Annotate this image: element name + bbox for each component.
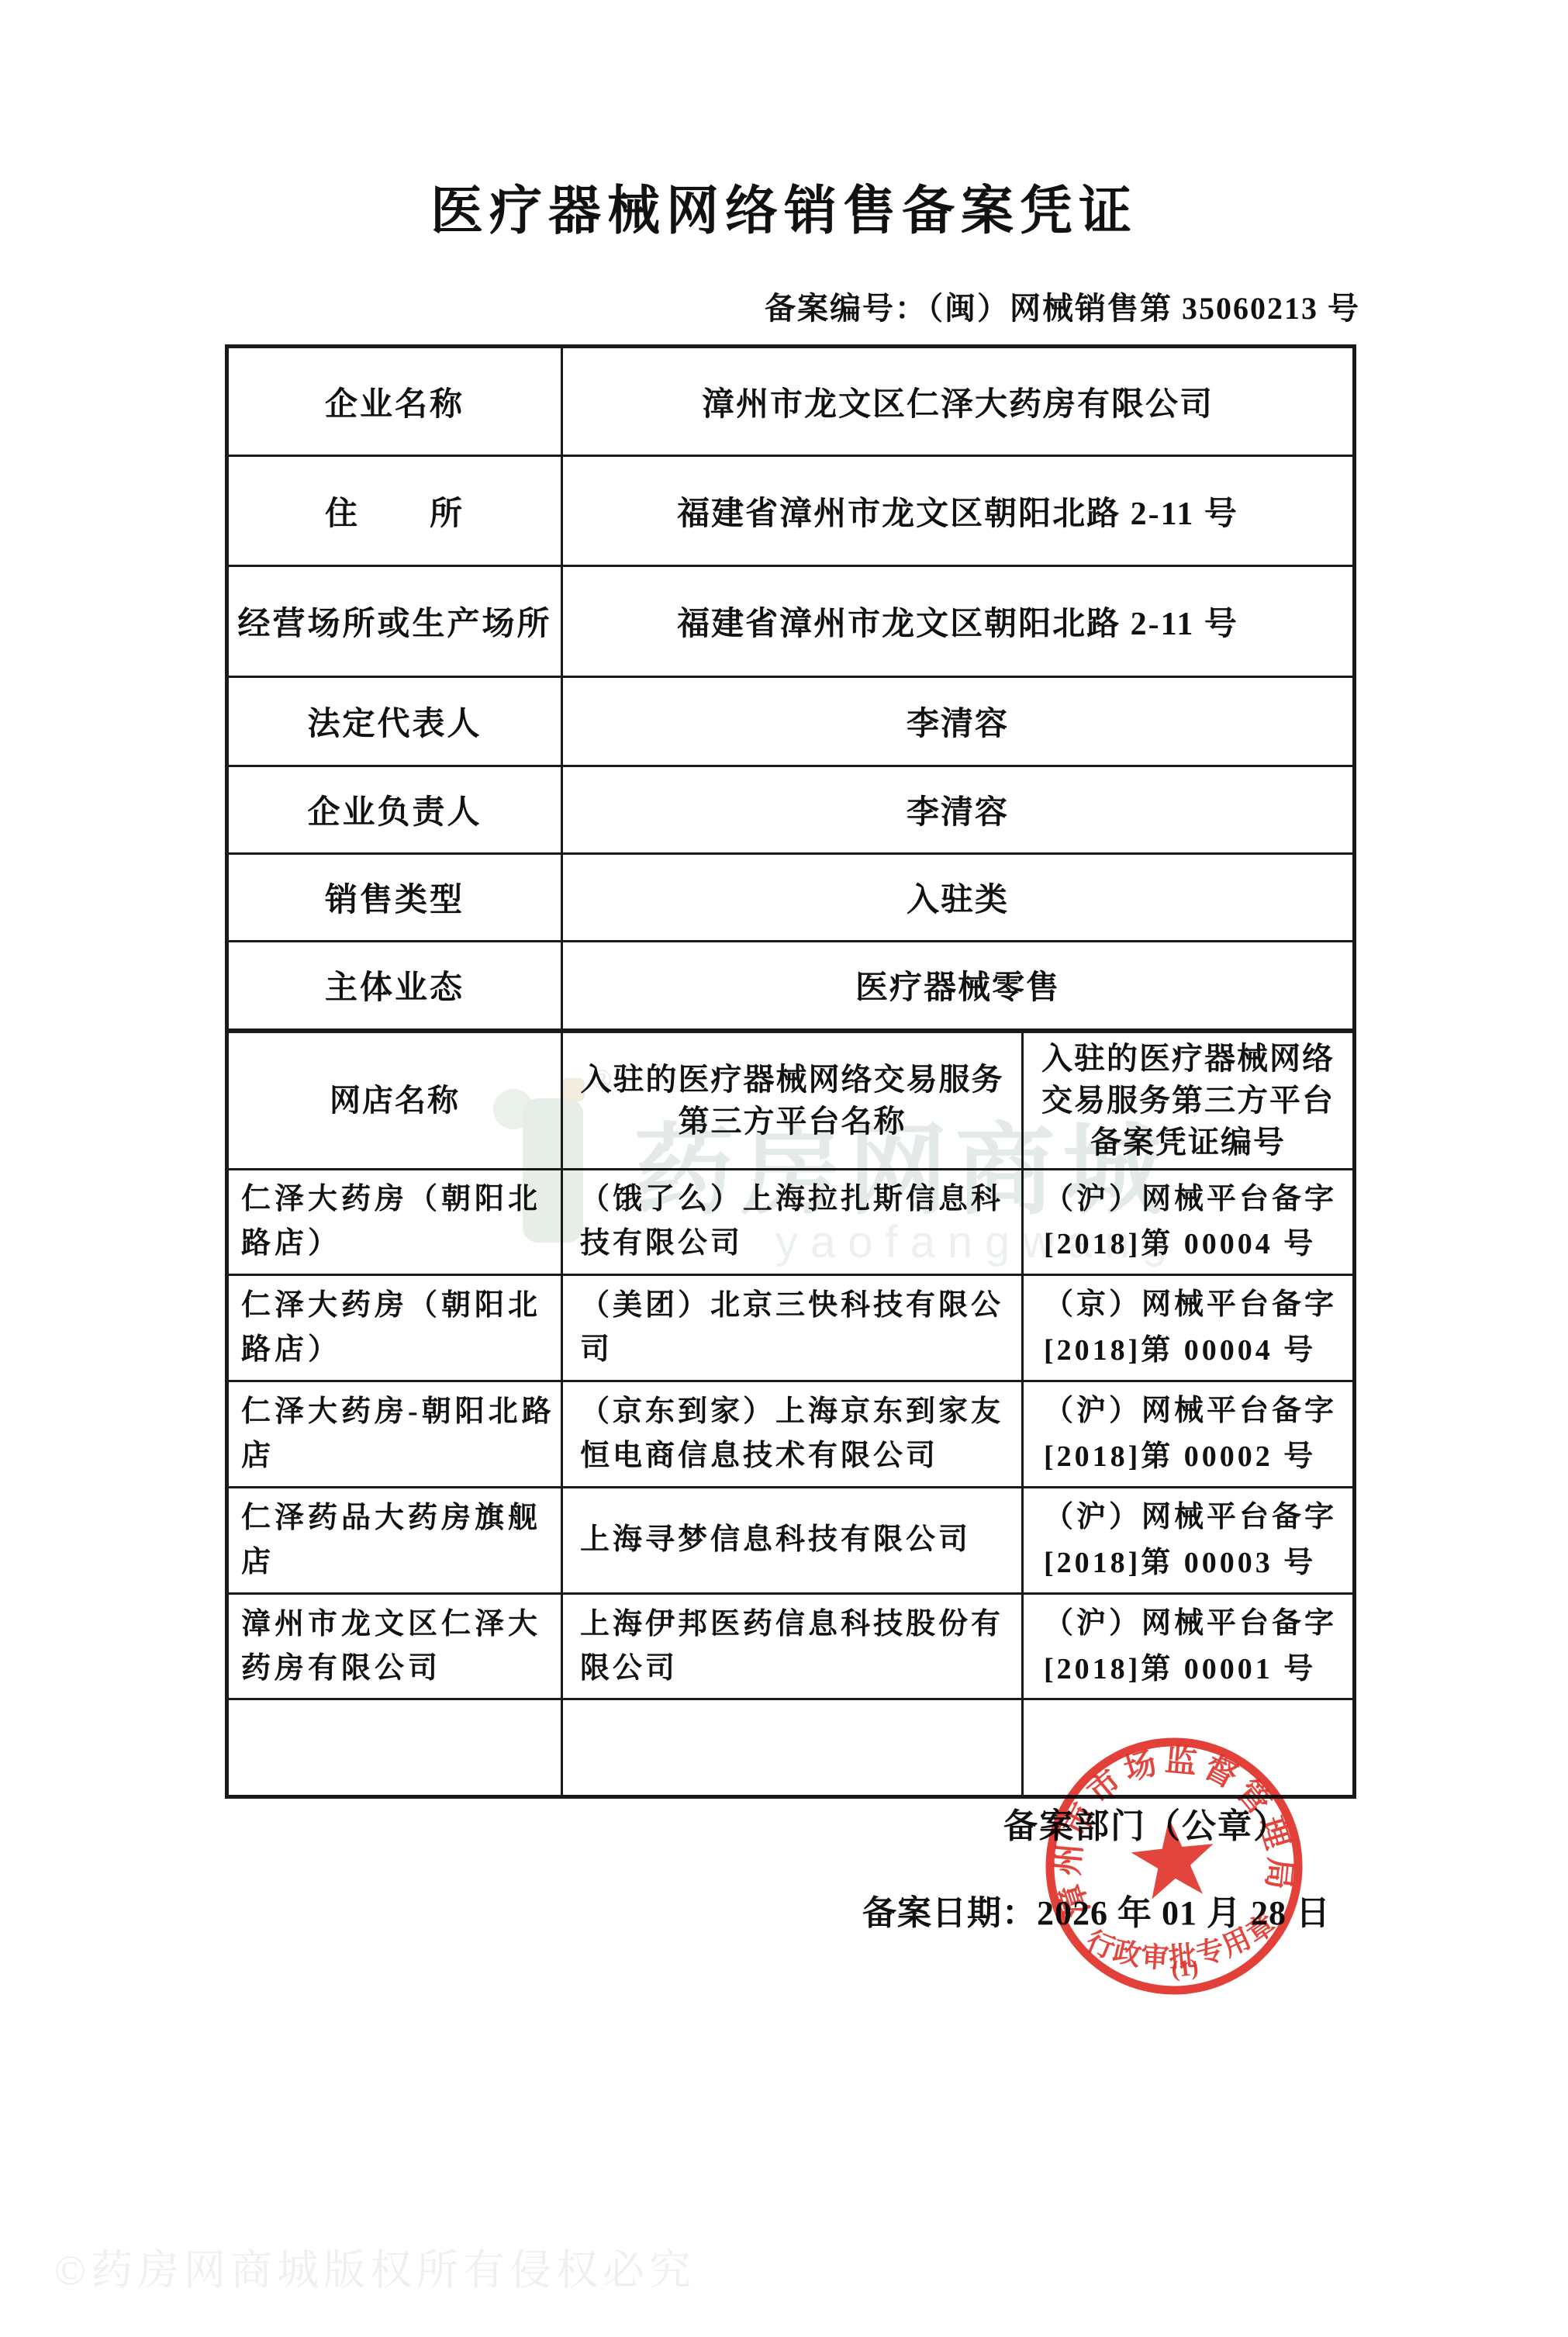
platform-cert-no-cell: （沪）网械平台备字[2018]第 00002 号 — [1023, 1381, 1355, 1488]
info-value: 入驻类 — [562, 854, 1355, 942]
info-row-person-in-charge: 企业负责人 李清容 — [227, 766, 1355, 854]
info-label: 主体业态 — [227, 942, 562, 1031]
seal-star-icon — [1128, 1814, 1219, 1901]
scanned-certificate-page: { "doc": { "title": "医疗器械网络销售备案凭证", "rec… — [0, 0, 1568, 2337]
store-name-cell: 仁泽大药房-朝阳北路店 — [227, 1381, 562, 1488]
store-name-cell — [227, 1699, 562, 1797]
info-row-address: 住 所 福建省漳州市龙文区朝阳北路 2-11 号 — [227, 456, 1355, 566]
platform-cert-no-cell: （京）网械平台备字[2018]第 00004 号 — [1023, 1275, 1355, 1381]
store-name-cell: 仁泽药品大药房旗舰店 — [227, 1487, 562, 1593]
info-row-premises: 经营场所或生产场所 福建省漳州市龙文区朝阳北路 2-11 号 — [227, 566, 1355, 677]
store-row: 仁泽大药房（朝阳北路店） （美团）北京三快科技有限公司 （京）网械平台备字[20… — [227, 1275, 1355, 1381]
platform-name-cell: 上海寻梦信息科技有限公司 — [562, 1487, 1023, 1593]
info-row-legal-rep: 法定代表人 李清容 — [227, 677, 1355, 766]
info-row-company: 企业名称 漳州市龙文区仁泽大药房有限公司 — [227, 347, 1355, 456]
platform-name-cell — [562, 1699, 1023, 1797]
column-header-platform-cert-no: 入驻的医疗器械网络交易服务第三方平台备案凭证编号 — [1023, 1031, 1355, 1170]
info-value: 福建省漳州市龙文区朝阳北路 2-11 号 — [562, 566, 1355, 677]
platform-name-cell: （京东到家）上海京东到家友恒电商信息技术有限公司 — [562, 1381, 1023, 1488]
store-name-cell: 漳州市龙文区仁泽大药房有限公司 — [227, 1593, 562, 1699]
platform-cert-no-cell: （沪）网械平台备字[2018]第 00004 号 — [1023, 1169, 1355, 1275]
store-row: 仁泽药品大药房旗舰店 上海寻梦信息科技有限公司 （沪）网械平台备字[2018]第… — [227, 1487, 1355, 1593]
info-value: 医疗器械零售 — [562, 942, 1355, 1031]
info-label: 法定代表人 — [227, 677, 562, 766]
store-table-header-row: 网店名称 入驻的医疗器械网络交易服务第三方平台名称 入驻的医疗器械网络交易服务第… — [227, 1031, 1355, 1170]
column-header-platform-name: 入驻的医疗器械网络交易服务第三方平台名称 — [562, 1031, 1023, 1170]
record-number: 备案编号：（闽）网械销售第 35060213 号 — [226, 284, 1360, 328]
info-value: 福建省漳州市龙文区朝阳北路 2-11 号 — [562, 456, 1355, 566]
info-value: 李清容 — [562, 677, 1355, 766]
platform-cert-no-cell: （沪）网械平台备字[2018]第 00003 号 — [1023, 1487, 1355, 1593]
info-label: 企业负责人 — [227, 766, 562, 854]
platform-name-cell: （饿了么）上海拉扎斯信息科技有限公司 — [562, 1169, 1023, 1275]
platform-name-cell: 上海伊邦医药信息科技股份有限公司 — [562, 1593, 1023, 1699]
platform-cert-no-cell: （沪）网械平台备字[2018]第 00001 号 — [1023, 1593, 1355, 1699]
info-label: 住 所 — [227, 456, 562, 566]
store-row: 仁泽大药房（朝阳北路店） （饿了么）上海拉扎斯信息科技有限公司 （沪）网械平台备… — [227, 1169, 1355, 1275]
store-row: 仁泽大药房-朝阳北路店 （京东到家）上海京东到家友恒电商信息技术有限公司 （沪）… — [227, 1381, 1355, 1488]
info-value: 漳州市龙文区仁泽大药房有限公司 — [562, 347, 1355, 456]
page-title: 医疗器械网络销售备案凭证 — [0, 169, 1568, 244]
store-name-cell: 仁泽大药房（朝阳北路店） — [227, 1169, 562, 1275]
seal-number-text: (1) — [1170, 1955, 1200, 1983]
info-row-sales-type: 销售类型 入驻类 — [227, 854, 1355, 942]
info-label: 企业名称 — [227, 347, 562, 456]
copyright-watermark: ©药房网商城版权所有侵权必究 — [54, 2237, 696, 2297]
info-row-business-mode: 主体业态 医疗器械零售 — [227, 942, 1355, 1031]
official-seal-stamp: 漳州市市场监督管理局 行政审批专用章 (1) — [1024, 1716, 1325, 2017]
info-label: 销售类型 — [227, 854, 562, 942]
info-label: 经营场所或生产场所 — [227, 566, 562, 677]
certificate-table: 企业名称 漳州市龙文区仁泽大药房有限公司 住 所 福建省漳州市龙文区朝阳北路 2… — [225, 344, 1356, 1799]
store-row: 漳州市龙文区仁泽大药房有限公司 上海伊邦医药信息科技股份有限公司 （沪）网械平台… — [227, 1593, 1355, 1699]
store-name-cell: 仁泽大药房（朝阳北路店） — [227, 1275, 562, 1381]
platform-name-cell: （美团）北京三快科技有限公司 — [562, 1275, 1023, 1381]
column-header-store-name: 网店名称 — [227, 1031, 562, 1170]
info-value: 李清容 — [562, 766, 1355, 854]
